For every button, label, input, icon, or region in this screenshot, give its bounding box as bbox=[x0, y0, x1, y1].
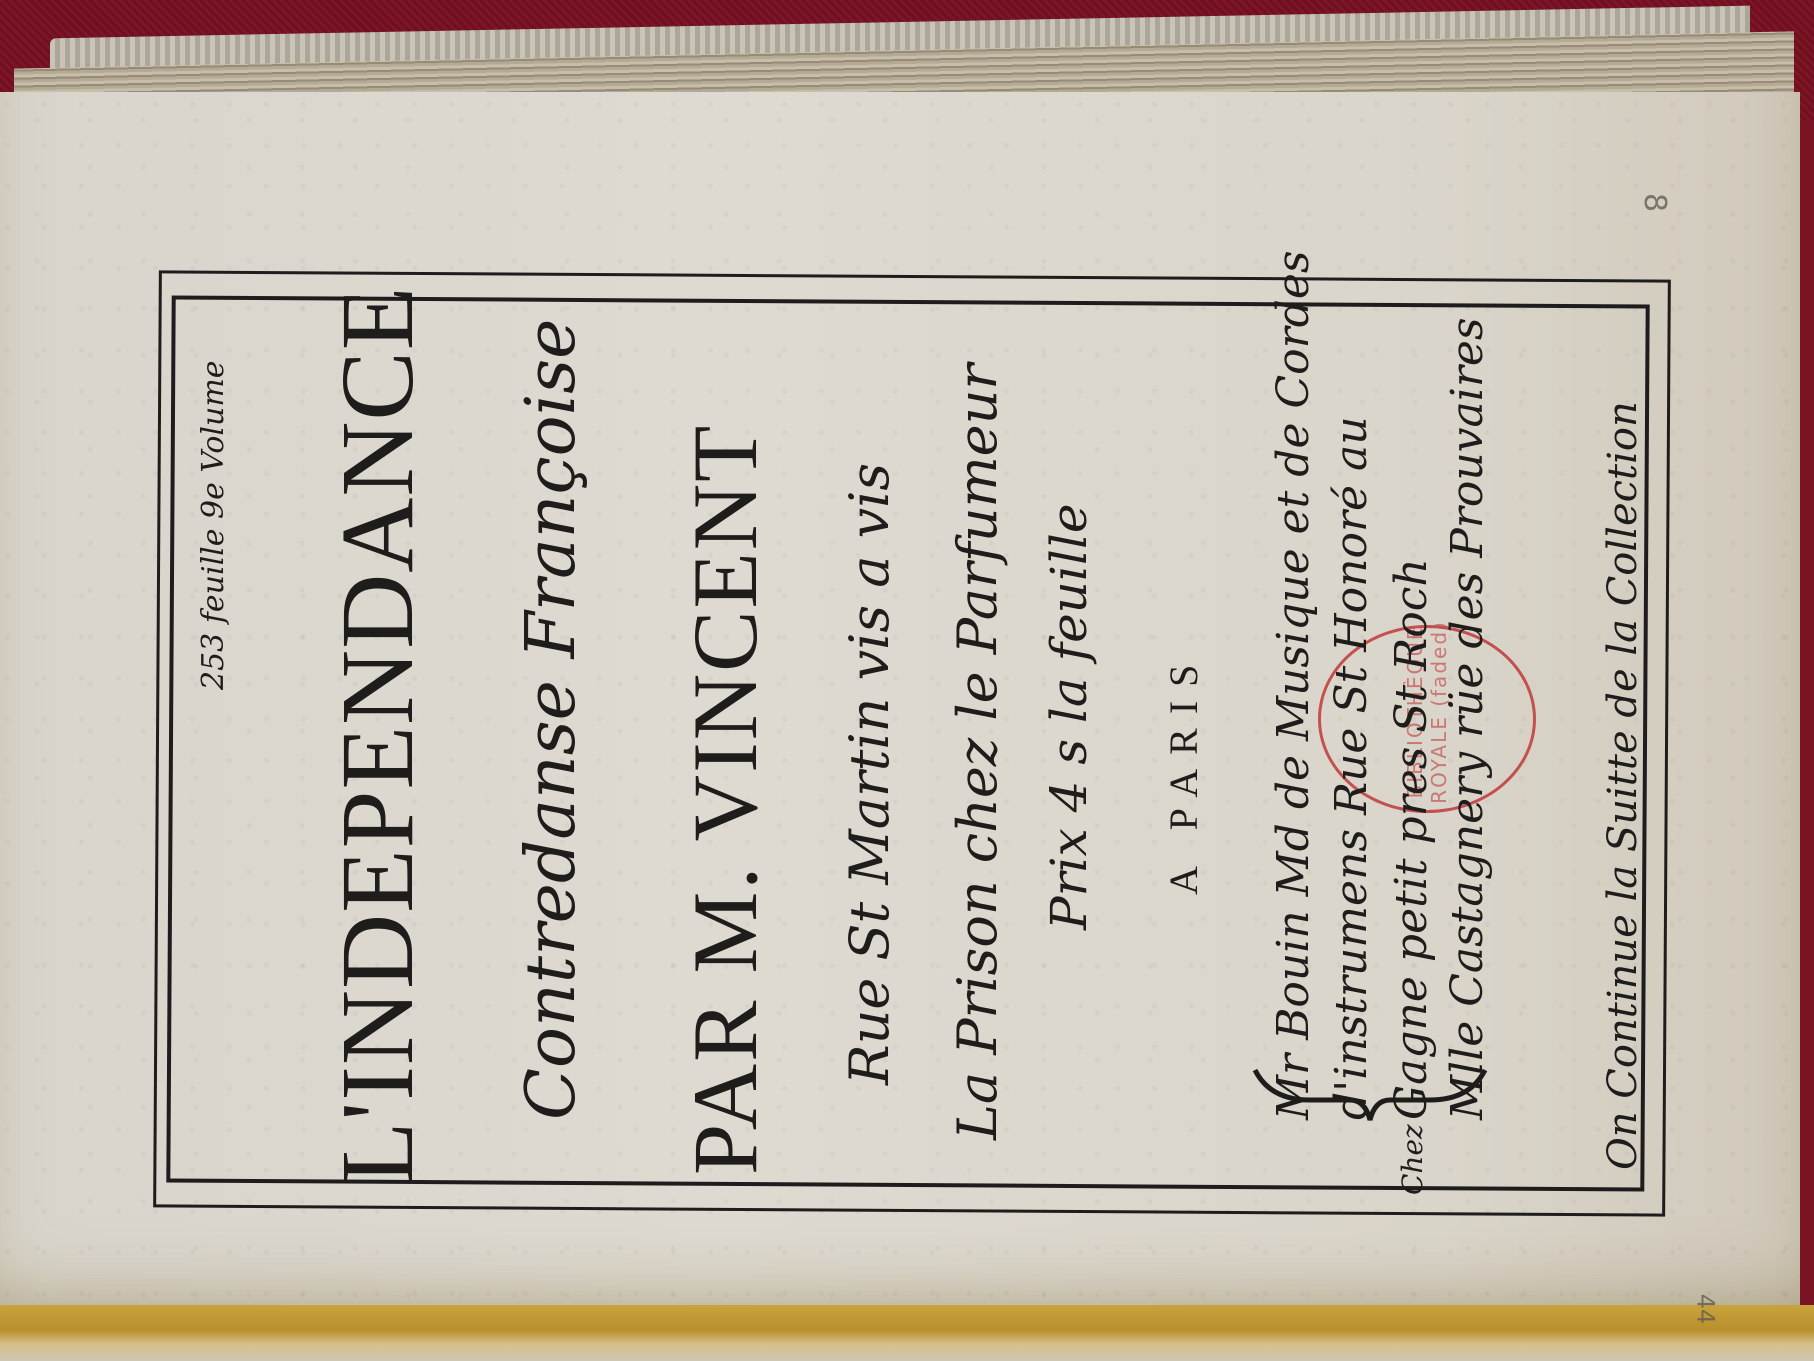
seller-line-4: Mlle Castagnery rüe des Prouvaires bbox=[1442, 318, 1493, 1120]
seller-line-1: Mr Bouin Md de Musique et de Cordes bbox=[1268, 251, 1319, 1120]
pencil-shelf-number: 44 bbox=[1691, 1294, 1719, 1325]
city-line: A PARIS bbox=[1160, 651, 1207, 895]
seller-line-2: d'instrumens Rue St Honoré au bbox=[1326, 416, 1377, 1120]
page-title: L'INDEPENDANCE bbox=[318, 286, 437, 1185]
address-line-2: La Prison chez le Parfumeur bbox=[946, 364, 1009, 1140]
subtitle: Contredanse Françoise bbox=[512, 319, 591, 1120]
footer-note: On Continue la Suitte de la Collection bbox=[1600, 401, 1646, 1170]
gilt-page-edge bbox=[0, 1305, 1814, 1361]
pencil-folio-number: 8 bbox=[1637, 193, 1672, 212]
volume-note: 253 feuille 9e Volume bbox=[196, 360, 231, 690]
author-line: PAR M. VINCENT bbox=[672, 424, 778, 1175]
price-line: Prix 4 s la feuille bbox=[1040, 504, 1098, 930]
sellers-label: Chez bbox=[1396, 1124, 1429, 1195]
seller-line-3: Gagne petit pres St Roch bbox=[1386, 558, 1437, 1120]
address-line-1: Rue St Martin vis a vis bbox=[838, 463, 901, 1085]
curly-brace-icon bbox=[1250, 1065, 1490, 1125]
